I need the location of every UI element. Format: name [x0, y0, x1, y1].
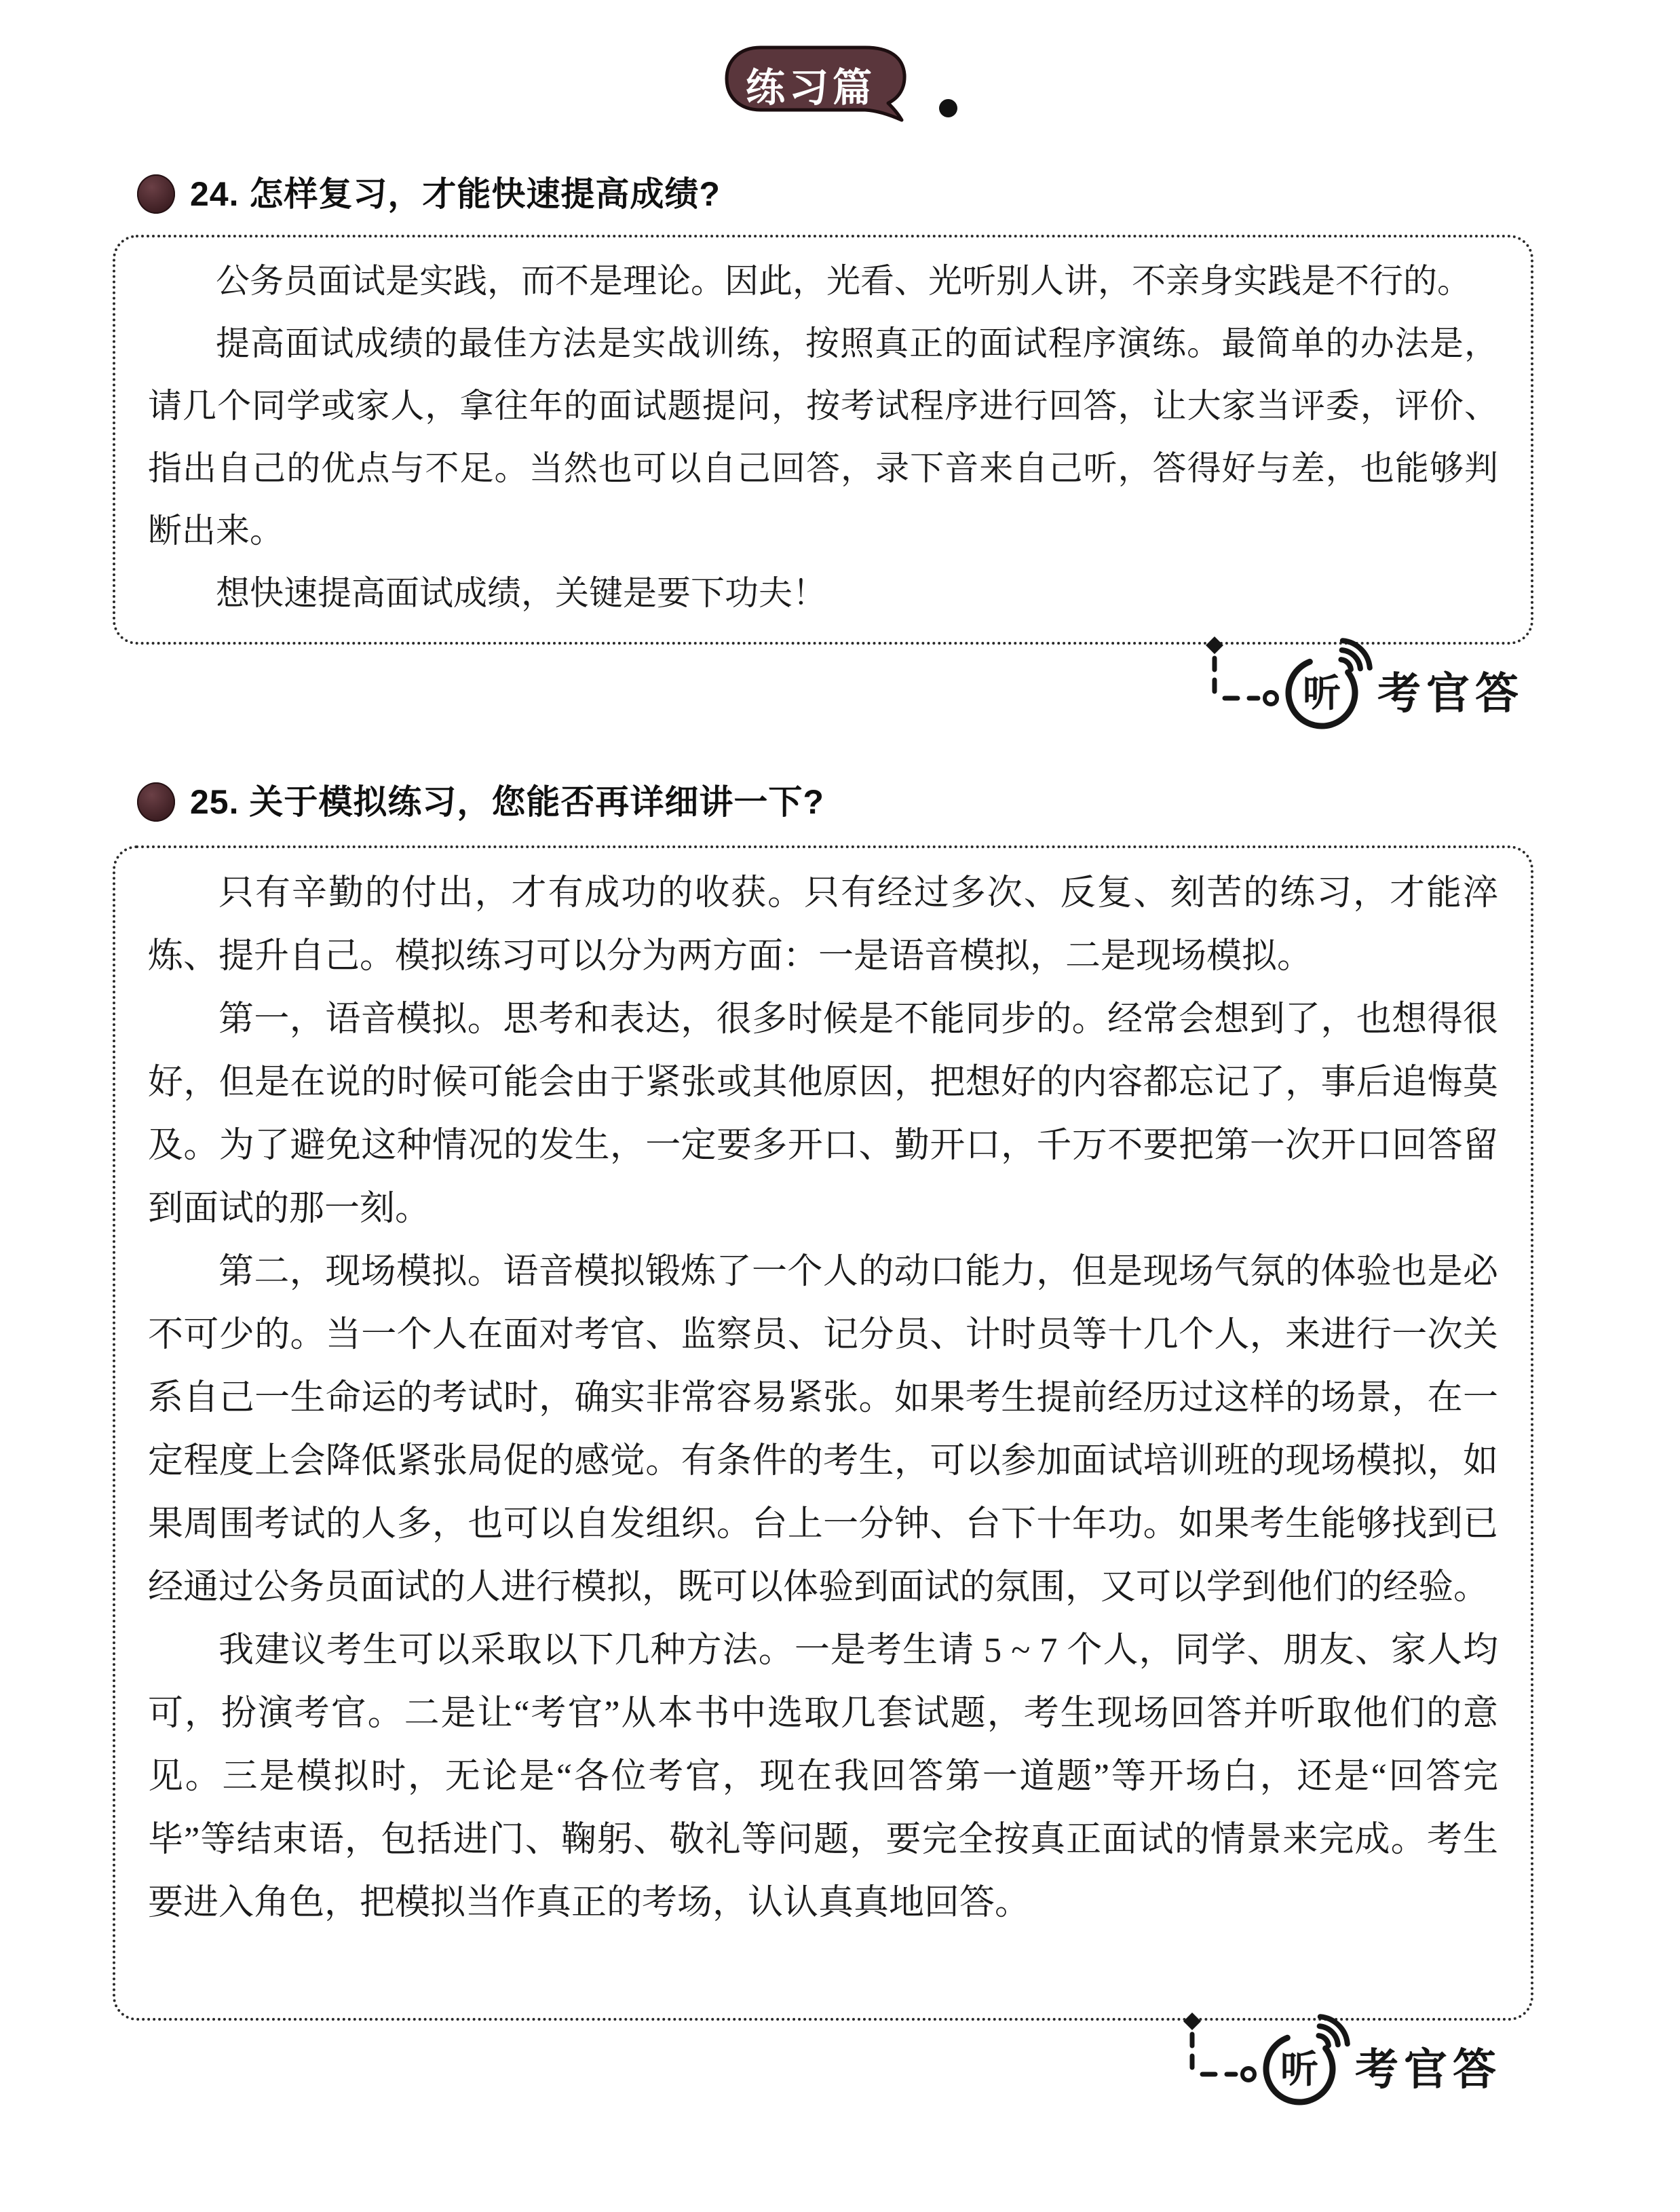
chapter-badge-label: 练习篇: [725, 56, 896, 113]
question-24-title: 24. 怎样复习，才能快速提高成绩?: [190, 174, 721, 214]
page: { "colors": { "badge_bg": "#5a363c", "bu…: [0, 0, 1680, 2212]
diamond-marker: [1183, 2013, 1201, 2030]
dashed-connector: [1215, 658, 1277, 704]
sound-waves-icon: [1318, 2017, 1347, 2045]
diamond-marker: [1206, 636, 1223, 654]
question-25-heading: 25. 关于模拟练习，您能否再详细讲一下?: [137, 782, 824, 822]
listen-label: 考官答: [1355, 2045, 1502, 2094]
answer-paragraph: 第一，语音模拟。思考和表达，很多时候是不能同步的。经常会想到了，也想得很好，但是…: [148, 988, 1498, 1240]
question-25-title: 25. 关于模拟练习，您能否再详细讲一下?: [190, 782, 824, 822]
dashed-connector: [1192, 2034, 1255, 2080]
chapter-badge: 练习篇: [721, 43, 932, 123]
badge-dot: [939, 99, 957, 117]
answer-paragraph: 想快速提高面试成绩，关键是要下功夫！: [148, 562, 1498, 624]
listen-examiner-answer-badge: 听 考官答: [1177, 2011, 1503, 2113]
answer-paragraph: 公务员面试是实践，而不是理论。因此，光看、光听别人讲，不亲身实践是不行的。: [148, 250, 1498, 312]
answer-box-25: 只有辛勤的付出，才有成功的收获。只有经过多次、反复、刻苦的练习，才能淬炼、提升自…: [113, 845, 1533, 2021]
listen-char: 听: [1280, 2048, 1318, 2091]
answer-paragraph: 提高面试成绩的最佳方法是实战训练，按照真正的面试程序演练。最简单的办法是，请几个…: [148, 312, 1498, 562]
listen-char: 听: [1303, 672, 1341, 714]
question-24-heading: 24. 怎样复习，才能快速提高成绩?: [137, 174, 721, 214]
question-24-bullet-icon: [137, 174, 175, 214]
answer-box-24: 公务员面试是实践，而不是理论。因此，光看、光听别人讲，不亲身实践是不行的。 提高…: [113, 235, 1533, 645]
listen-examiner-answer-badge: 听 考官答: [1200, 635, 1525, 737]
answer-paragraph: 第二，现场模拟。语音模拟锻炼了一个人的动口能力，但是现场气氛的体验也是必不可少的…: [148, 1240, 1498, 1619]
answer-paragraph: 我建议考生可以采取以下几种方法。一是考生请 5 ~ 7 个人，同学、朋友、家人均…: [148, 1619, 1498, 1934]
question-25-bullet-icon: [137, 782, 175, 822]
sound-waves-icon: [1341, 641, 1369, 669]
answer-paragraph: 只有辛勤的付出，才有成功的收获。只有经过多次、反复、刻苦的练习，才能淬炼、提升自…: [148, 862, 1498, 988]
listen-label: 考官答: [1377, 669, 1524, 718]
